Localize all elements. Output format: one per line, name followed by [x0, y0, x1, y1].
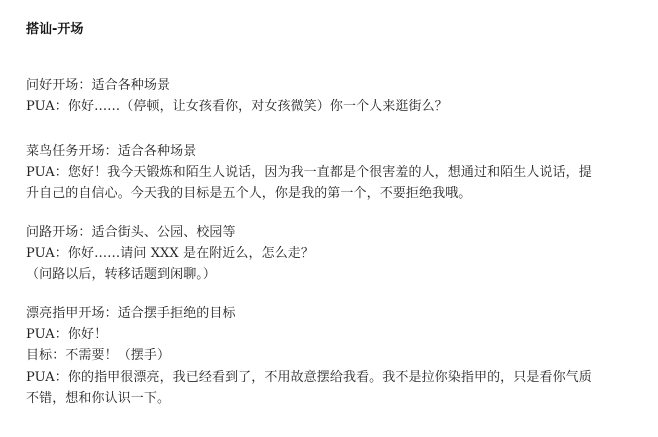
dialogue-line: 目标：不需要！（摆手）: [26, 347, 170, 365]
dialogue-line: PUA：你好……（停顿，让女孩看你，对女孩微笑）你一个人来逛街么？: [26, 98, 448, 116]
section-heading: 问好开场：适合各种场景: [26, 77, 170, 95]
dialogue-line: PUA：你好！: [26, 326, 107, 344]
dialogue-line: PUA：您好！我今天锻炼和陌生人说话，因为我一直都是个很害羞的人，想通过和陌生人…: [26, 164, 592, 182]
section-heading: 问路开场：适合街头、公园、校园等: [26, 224, 236, 242]
section-heading: 漂亮指甲开场：适合摆手拒绝的目标: [26, 305, 236, 323]
dialogue-line: PUA：你好……请问 XXX 是在附近么，怎么走？: [26, 245, 314, 263]
dialogue-line: 不错，想和你认识一下。: [26, 390, 170, 408]
dialogue-line: PUA：你的指甲很漂亮，我已经看到了，不用故意摆给我看。我不是拉你染指甲的，只是…: [26, 369, 592, 387]
document-title: 搭讪-开场: [26, 22, 83, 38]
section-heading: 菜鸟任务开场：适合各种场景: [26, 143, 196, 161]
dialogue-line: （问路以后，转移话题到闲聊。）: [26, 266, 216, 284]
dialogue-line: 升自己的自信心。今天我的目标是五个人，你是我的第一个，不要拒绝我哦。: [26, 185, 471, 203]
